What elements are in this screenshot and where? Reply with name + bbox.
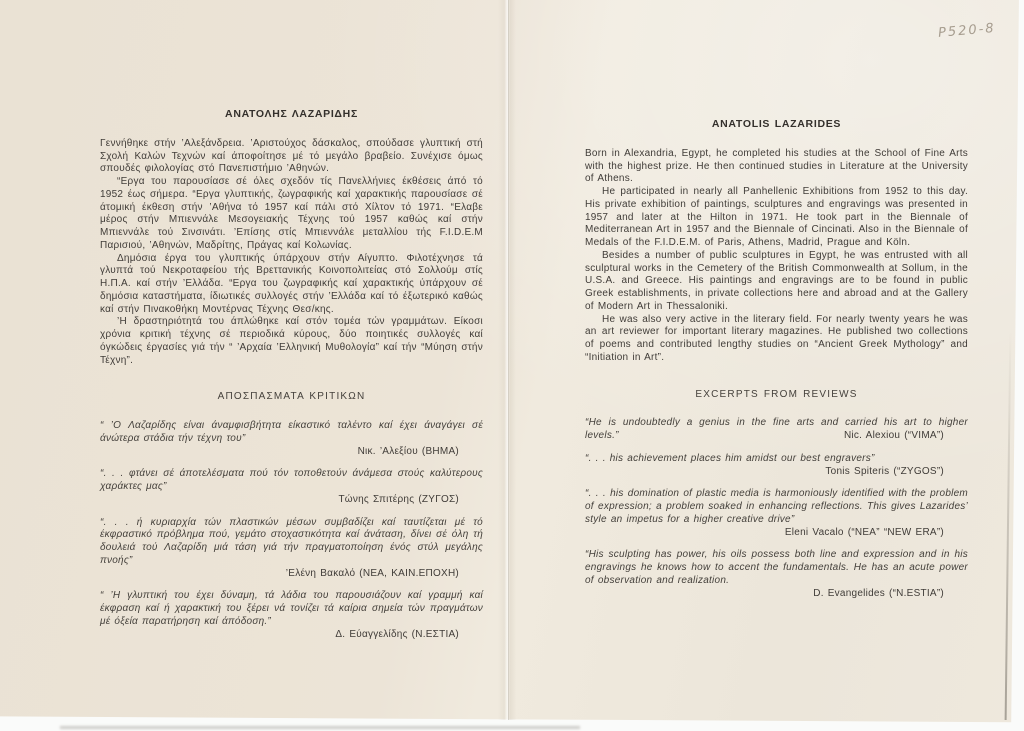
review-attribution: Δ. Εύαγγελίδης (Ν.ΕΣΤΙΑ) bbox=[100, 629, 483, 642]
review-attribution: Eleni Vacalo (“NEA” “NEW ERA”) bbox=[585, 527, 968, 540]
review-quote: “. . . ή κυριαρχία τών πλαστικών μέσων σ… bbox=[100, 517, 483, 568]
bio-paragraph: Born in Alexandria, Egypt, he completed … bbox=[585, 148, 968, 186]
review-item: “ ’Ο Λαζαρίδης είναι άναμφισβήτητα είκασ… bbox=[100, 420, 483, 458]
review-attribution: D. Evangelides (“N.ESTIA”) bbox=[585, 588, 968, 601]
reviews-heading-greek: ΑΠΟΣΠΑΣΜΑΤΑ ΚΡΙΤΙΚΩΝ bbox=[100, 391, 483, 404]
review-attribution: Τώνης Σπιτέρης (ΖΥΓΟΣ) bbox=[100, 494, 483, 507]
bio-paragraph: “Εργα του παρουσίασε σέ όλες σχεδόν τίς … bbox=[100, 176, 483, 253]
review-quote: “. . . his domination of plastic media i… bbox=[585, 488, 968, 526]
review-item: “ ’Η γλυπτική του έχει δύναμη, τά λάδια … bbox=[100, 590, 483, 641]
review-quote: “. . . φτάνει σέ άποτελέσματα πού τόν το… bbox=[100, 468, 483, 494]
review-item: “. . . his achievement places him amidst… bbox=[585, 453, 968, 479]
review-quote: “ ’Η γλυπτική του έχει δύναμη, τά λάδια … bbox=[100, 590, 483, 628]
center-fold-crease bbox=[508, 0, 509, 720]
review-item: “His sculpting has power, his oils posse… bbox=[585, 549, 968, 600]
page-title-english: ANATOLIS LAZARIDES bbox=[585, 118, 968, 131]
review-attribution: ’Ελένη Βακαλό (ΝΕΑ, ΚΑΙΝ.ΕΠΟΧΗ) bbox=[100, 568, 483, 581]
page-greek: ΑΝΑΤΟΛΗΣ ΛΑΖΑΡΙΔΗΣ Γεννήθηκε στήν ’Αλεξά… bbox=[100, 108, 483, 651]
bio-paragraph: He participated in nearly all Panhelleni… bbox=[585, 186, 968, 250]
review-attribution: Nic. Alexiou (“VIMA”) bbox=[585, 430, 968, 443]
review-item: “He is undoubtedly a genius in the fine … bbox=[585, 417, 968, 443]
review-item: “. . . his domination of plastic media i… bbox=[585, 488, 968, 539]
review-item: “. . . φτάνει σέ άποτελέσματα πού τόν το… bbox=[100, 468, 483, 506]
review-quote: “His sculpting has power, his oils posse… bbox=[585, 549, 968, 587]
bio-paragraph: ’Η δραστηριότητά του άπλώθηκε καί στόν τ… bbox=[100, 316, 483, 367]
bio-paragraph: Besides a number of public sculptures in… bbox=[585, 250, 968, 314]
bio-paragraph: Δημόσια έργα του γλυπτικής ύπάρχουν στήν… bbox=[100, 253, 483, 317]
review-item: “. . . ή κυριαρχία τών πλαστικών μέσων σ… bbox=[100, 517, 483, 581]
bio-paragraph: Γεννήθηκε στήν ’Αλεξάνδρεια. ’Αριστούχος… bbox=[100, 138, 483, 176]
scanned-document: ΑΝΑΤΟΛΗΣ ΛΑΖΑΡΙΔΗΣ Γεννήθηκε στήν ’Αλεξά… bbox=[0, 0, 1024, 731]
page-title-greek: ΑΝΑΤΟΛΗΣ ΛΑΖΑΡΙΔΗΣ bbox=[100, 108, 483, 121]
review-attribution: Tonis Spiteris (“ZYGOS”) bbox=[585, 466, 968, 479]
paper-bottom-shadow bbox=[60, 726, 580, 729]
bio-paragraph: He was also very active in the literary … bbox=[585, 314, 968, 365]
page-english: ANATOLIS LAZARIDES Born in Alexandria, E… bbox=[585, 118, 968, 610]
review-quote: “ ’Ο Λαζαρίδης είναι άναμφισβήτητα είκασ… bbox=[100, 420, 483, 446]
review-quote: “. . . his achievement places him amidst… bbox=[585, 453, 968, 466]
center-fold bbox=[498, 0, 516, 720]
reviews-heading-english: EXCERPTS FROM REVIEWS bbox=[585, 389, 968, 402]
review-attribution: Νικ. ’Αλεξίου (ΒΗΜΑ) bbox=[100, 446, 483, 459]
